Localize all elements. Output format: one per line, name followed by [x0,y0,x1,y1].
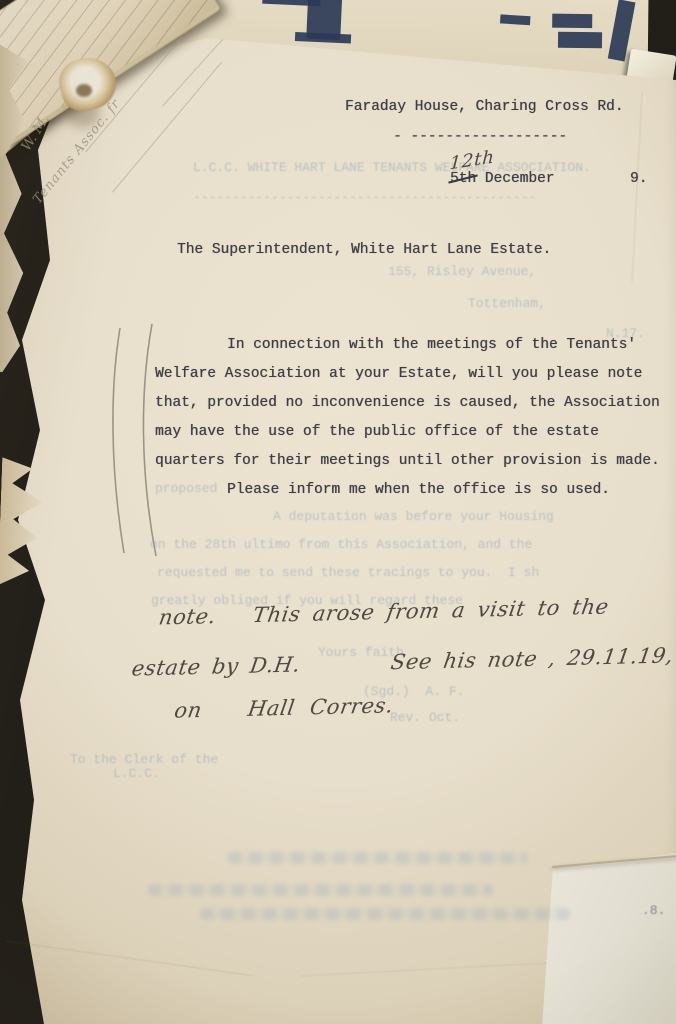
letterhead-address: Faraday House, Charing Cross Rd. [345,100,623,115]
struck-date-day: 5th [450,172,476,187]
paper-hole-spot [76,84,92,97]
body-line: may have the use of the public office of… [155,425,599,440]
body-line: quarters for their meetings until other … [155,454,660,469]
photo-of-letter: W. M. Tenants Assoc. fr L.C.C. WHITE HAR… [0,0,676,1024]
body-line: In connection with the meetings of the T… [155,338,636,353]
bleedthrough-address: 155, Risley Avenue, [388,264,536,279]
body-line: that, provided no inconvenience is cause… [155,396,660,411]
bleedthrough-illegible-line [148,884,493,896]
folder-letterpress-glyph-fragment [558,32,602,48]
bleedthrough-paragraph-line: A deputation was before your Housing [273,509,554,524]
folder-letterpress-glyph-fragment [552,14,592,28]
pencil-margin-marks [100,318,170,563]
bleedthrough-paragraph-line: on the 28th ultimo from this Association… [150,537,532,552]
body-line: Welfare Association at your Estate, will… [155,367,642,382]
bleedthrough-addressee: L.C.C. [113,766,160,781]
folder-letterpress-glyph-fragment [295,32,351,44]
bleedthrough-addressee: To the Clerk of the [70,752,218,767]
bleedthrough-illegible-line [200,908,570,920]
typed-date-line: 5th December [450,172,554,187]
body-line: Please inform me when the office is so u… [155,483,610,498]
recipient-line: The Superintendent, White Hart Lane Esta… [177,243,551,258]
folder-letterpress-glyph-fragment [500,14,531,25]
date-month: December [476,171,554,187]
letterhead-rule: - ------------------ [393,130,567,145]
bleedthrough-illegible-line [228,852,528,864]
bleedthrough-closing: Rev. Oct. [390,710,460,725]
bleedthrough-page-mark: .8. [642,903,665,918]
bleedthrough-address: Tottenham, [468,296,546,311]
bleedthrough-title-rule: ----------------------------------------… [193,190,536,205]
bleedthrough-paragraph-line: requested me to send these tracings to y… [157,565,539,580]
page-number: 9. [630,172,647,187]
